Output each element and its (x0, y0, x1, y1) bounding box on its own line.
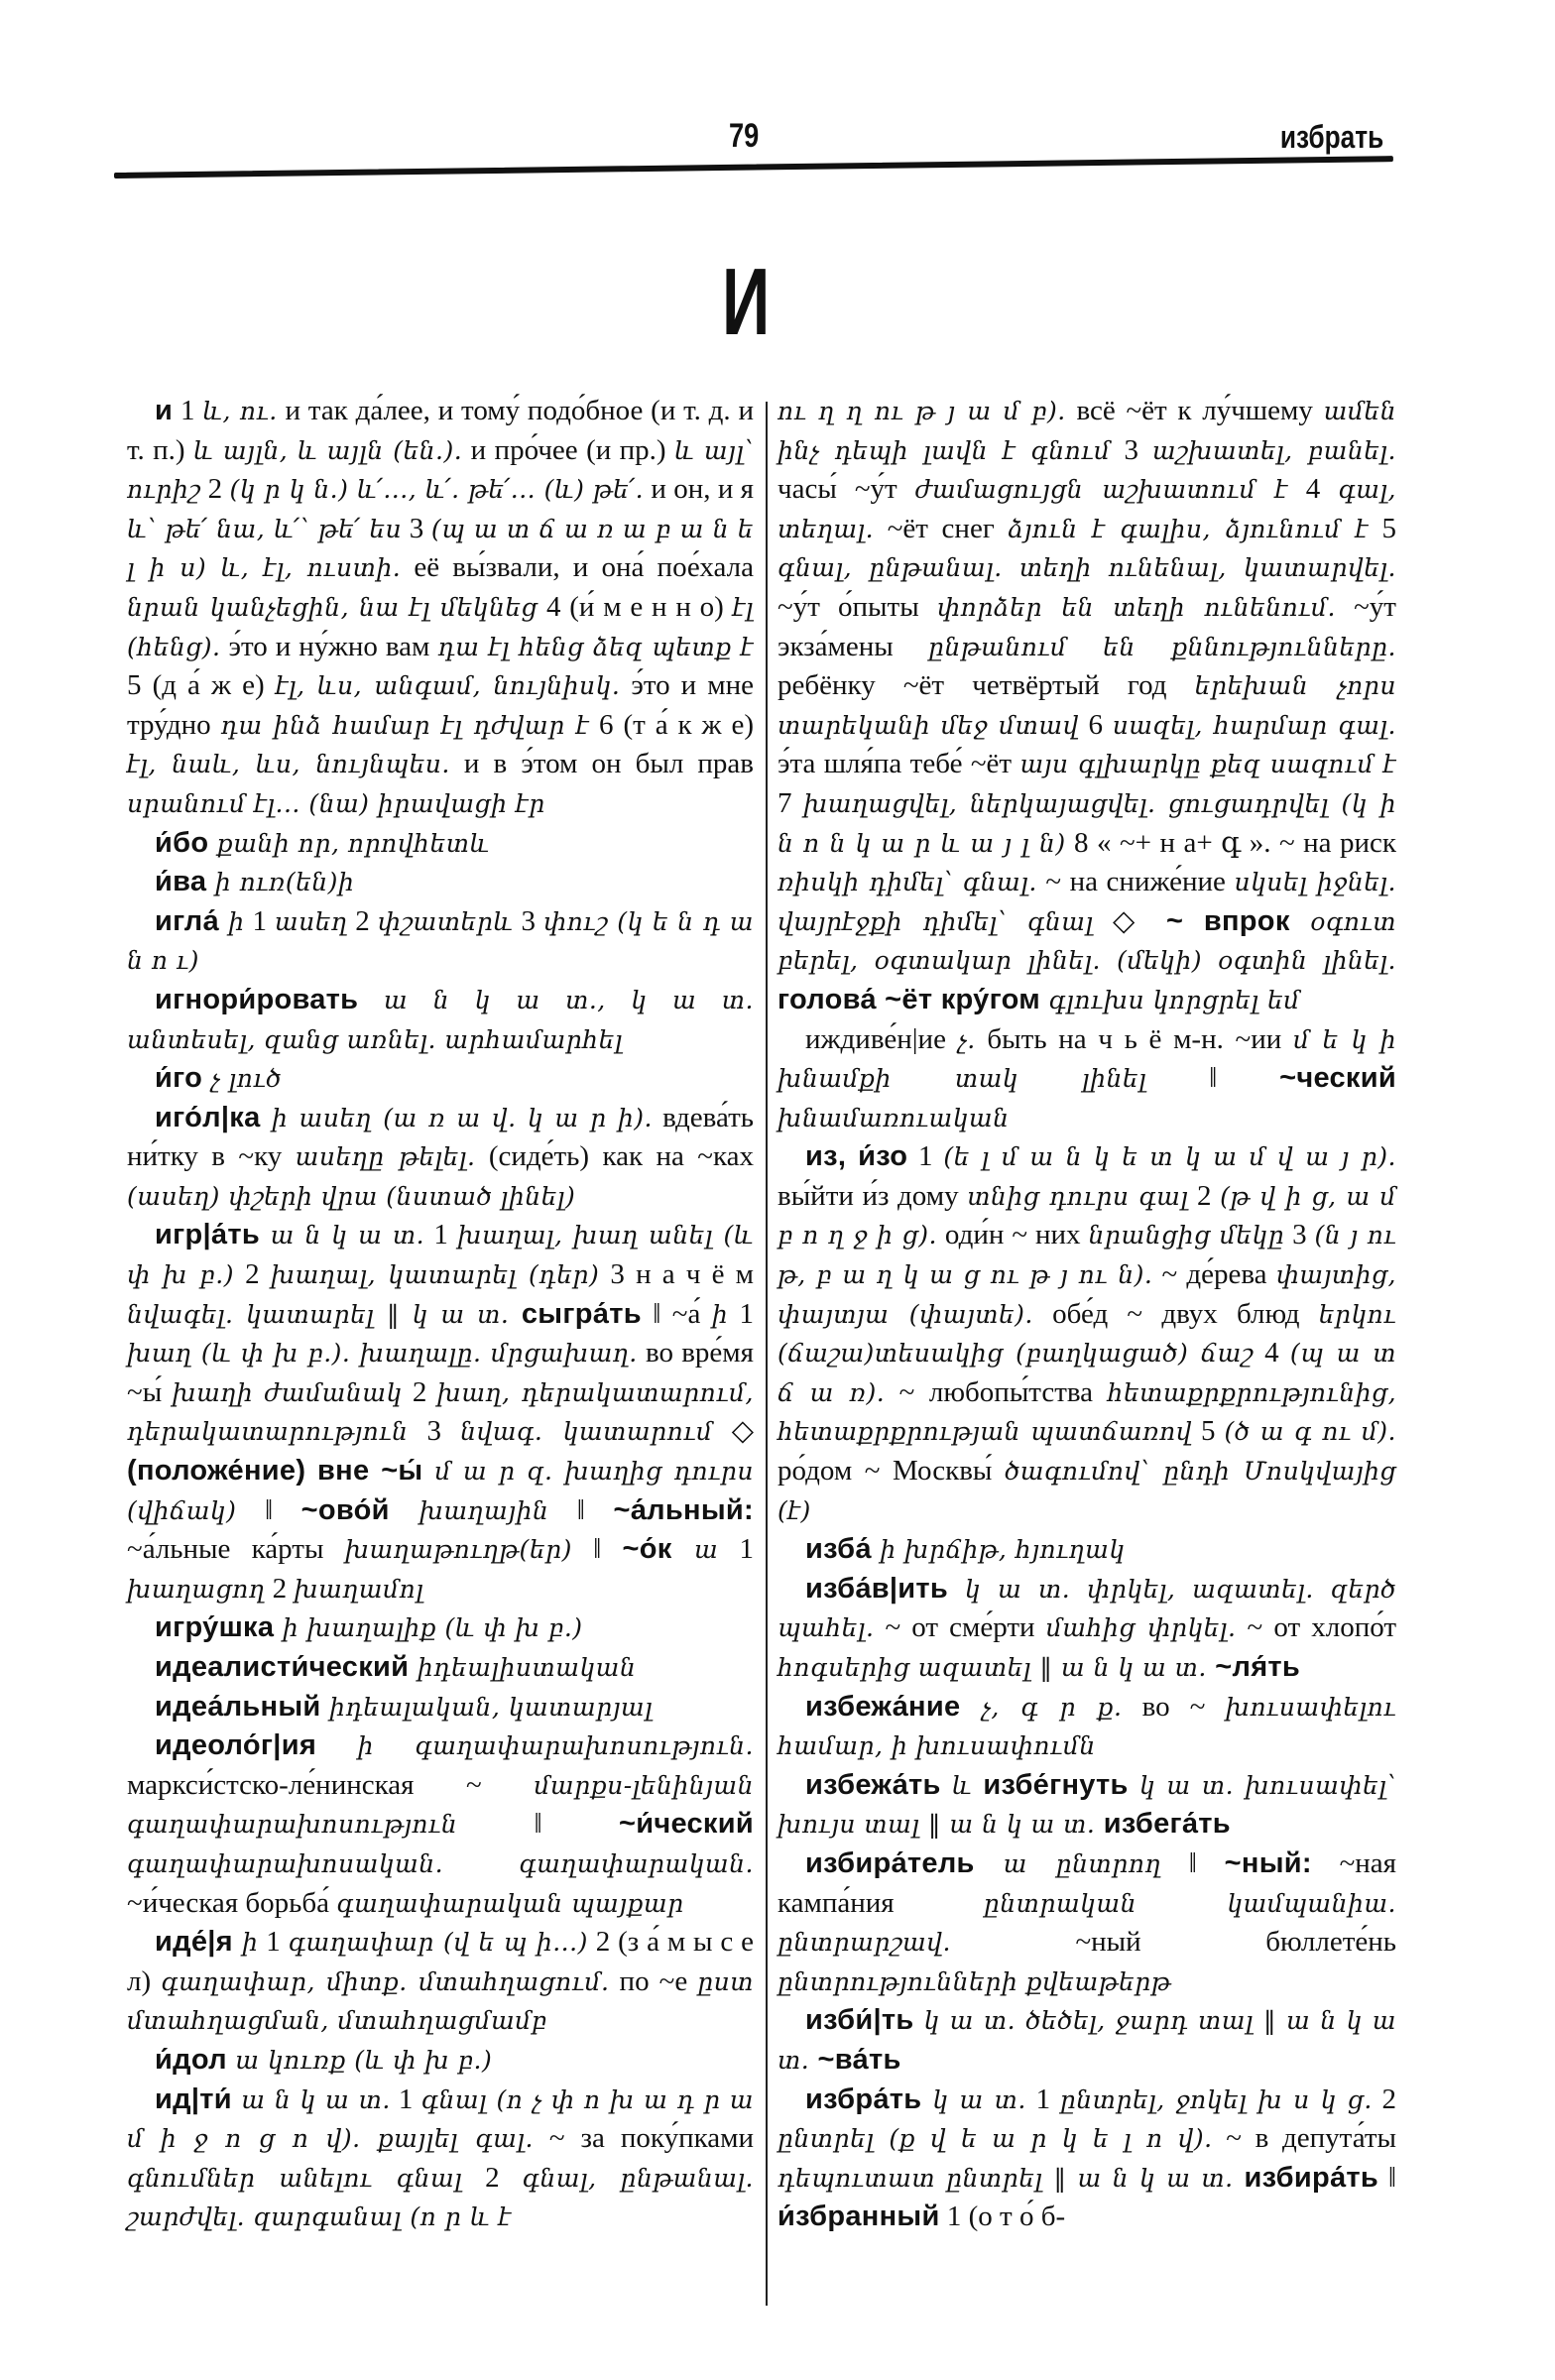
headword: ~и́ческий (619, 1808, 754, 1840)
russian-text: обе́д ~ двух блюд (1033, 1298, 1319, 1330)
russian-text: 3 (408, 1415, 460, 1447)
armenian-translation: ի խաղալիք (և փ խ բ.) (274, 1613, 582, 1642)
page-number: 79 (729, 117, 759, 156)
armenian-translation: ընտրությունների քվեաթերթ (777, 1967, 1171, 1996)
headword: ~ческий (1279, 1062, 1396, 1094)
dictionary-entry-i: и 1 և, ու. и так да́лее, и тому́ подо́бн… (127, 392, 754, 824)
armenian-translation: և, ու. (202, 397, 277, 425)
russian-text: вы́йти и́з дому (777, 1180, 967, 1212)
russian-text: её вы́звали, и она́ пое́хала (401, 551, 754, 583)
armenian-translation: ի գաղափարախոսություն. (316, 1731, 754, 1760)
russian-text: часы́ ~у́т (777, 473, 915, 505)
russian-text: ро́дом ~ Москвы́ (777, 1455, 1005, 1487)
page-header: 79 избрать (114, 99, 1393, 178)
armenian-translation: ի ուռ(են)ի (206, 868, 354, 896)
armenian-translation: և այլն, և այլն (են.). (193, 436, 462, 465)
headword: и́дол (155, 2044, 227, 2076)
headword: ~ва́ть (809, 2044, 900, 2076)
armenian-translation: նրան կանչեցին, նա էլ մեկնեց (127, 593, 538, 622)
headword: (положе́ние) вне ~ы́ (127, 1455, 423, 1487)
dictionary-entry-ideologiya: идеоло́г|ия ի գաղափարախոսություն. маркси… (127, 1726, 754, 1923)
russian-text: ‖ (1161, 1847, 1225, 1879)
armenian-translation: գաղափարական պայքար (336, 1889, 683, 1918)
headword: ~ово́й (301, 1494, 390, 1526)
headword: избе́гнуть (972, 1769, 1129, 1801)
headword: из, и́зо (805, 1140, 907, 1172)
armenian-translation: ի (233, 1928, 258, 1957)
armenian-translation: գնումներ անելու գնալ (127, 2164, 462, 2193)
headword: идеалисти́ческий (155, 1651, 409, 1683)
dictionary-entry-igla: игла́ ի 1 ասեղ 2 փշատերև 3 փուշ (կ ե ն դ… (127, 902, 754, 981)
dictionary-entry-idti-cont: ու ղ ղ ու թ յ ա մ բ). всё ~ёт к лу́чшему… (777, 392, 1396, 1020)
armenian-translation: նվագ. կատարում (460, 1417, 712, 1446)
armenian-translation: գաղափար (վ ե պ ի...) (289, 1928, 588, 1957)
armenian-translation: (ե լ մ ա ն կ ե տ կ ա մ վ ա յ ր). (943, 1142, 1396, 1171)
russian-text: ◇ (713, 1415, 754, 1447)
headword: избира́тель (805, 1847, 975, 1879)
russian-text: по ~е (609, 1965, 697, 1997)
dictionary-entry-izhdivenie: иждиве́н|ие չ. быть на ч ь ё м-н. ~ии մ … (777, 1020, 1396, 1138)
headword: избира́ть (1234, 2162, 1378, 2194)
russian-text: э́то и ну́жно вам (221, 631, 438, 662)
russian-text: 2 (347, 905, 377, 937)
dictionary-entry-idol: и́дол ա կուռք (և փ խ բ.) (127, 2041, 754, 2081)
armenian-translation: ա կուռք (և փ խ բ.) (227, 2046, 492, 2075)
armenian-translation: (ասեղ) փշերի վրա (նստած լինել) (127, 1182, 575, 1211)
armenian-translation: փշատերև (378, 907, 514, 936)
headword: игнори́ровать (155, 984, 358, 1015)
russian-text: 1 (718, 1533, 754, 1565)
russian-text: 3 (1284, 1219, 1314, 1250)
armenian-translation: ընթանում են քննությունները. (928, 633, 1396, 661)
armenian-translation: ա ն կ ա տ. (232, 2085, 391, 2114)
armenian-translation: ի (712, 1300, 728, 1329)
headword: и́го (155, 1062, 202, 1094)
armenian-translation: քանի որ, որովհետև (208, 829, 489, 858)
russian-text: 2 (462, 2162, 522, 2194)
armenian-translation: (ծ ա գ ու մ). (1225, 1417, 1397, 1446)
armenian-translation: ռիսկի դիմել՝ գնալ. (777, 868, 1037, 896)
russian-text: 1 (о т о́ б- (940, 2201, 1066, 2232)
russian-text: ‖ (572, 1533, 623, 1565)
armenian-translation: խաղի ժամանակ (172, 1378, 402, 1407)
armenian-translation: ձյուն է գալիս, ձյունում է (1008, 515, 1369, 543)
russian-text: ребёнку ~ёт четвёртый год (777, 669, 1195, 701)
russian-text: и он, и я (644, 473, 754, 505)
russian-text: во ~ (1122, 1691, 1225, 1723)
headword: игр|а́ть (155, 1219, 260, 1250)
dictionary-entry-izbezhanie: избежа́ние չ, գ ր ք. во ~ խուսափելու համ… (777, 1688, 1396, 1766)
russian-text: 4 (1288, 473, 1339, 505)
armenian-translation: ա ն կ ա տ. (260, 1221, 424, 1249)
headword: иде́|я (155, 1926, 233, 1958)
russian-text: 2 (234, 1258, 271, 1290)
armenian-translation: էլ, նաև, ևս, նույնպես. (127, 750, 450, 778)
armenian-translation: սրանում էլ... (նա) իրավացի էր (127, 789, 545, 818)
russian-text: всё ~ёт к лу́чшему (1066, 395, 1324, 426)
russian-text: иждиве́н|ие (805, 1023, 958, 1055)
russian-text: 5 (1192, 1415, 1224, 1447)
headword: ~ля́ть (1207, 1651, 1300, 1683)
russian-text: 6 (т а́ к ж е) (589, 709, 754, 741)
headword: игру́шка (155, 1611, 274, 1643)
dictionary-entry-izbit: изби́|ть կ ա տ. ծեծել, ջարդ տալ ‖ ա ն կ … (777, 2001, 1396, 2080)
armenian-translation: (կ ր կ ն.) և՛..., և՛. թե՛... (և) թե՛. (229, 475, 644, 504)
russian-text: и про́чее (и пр.) (462, 434, 674, 466)
headword: избега́ть (1095, 1808, 1231, 1840)
russian-text: 5 (д а́ ж е) (127, 669, 276, 701)
russian-text: 1 (907, 1140, 943, 1172)
russian-text: 2 (1188, 1180, 1220, 1212)
armenian-translation: հոգսերից ազատել ‖ ա ն կ ա տ. (777, 1653, 1207, 1682)
russian-text: ~и́ческая борьба́ (127, 1887, 336, 1919)
armenian-translation: այս գլխարկը քեզ սազում է (1019, 750, 1396, 778)
russian-text: ~ от сме́рти (874, 1611, 1045, 1643)
headword: ид|ти́ (155, 2083, 232, 2115)
dictionary-entry-iva: и́ва ի ուռ(են)ի (127, 863, 754, 902)
headword: избежа́ние (805, 1691, 960, 1723)
armenian-translation: ընտրել, ջոկել խ ս կ ց. (1060, 2085, 1373, 2114)
armenian-translation: խաղային (390, 1496, 548, 1525)
armenian-translation: ընտրել (ք վ ե ա ր կ ե լ ո վ). (777, 2124, 1213, 2153)
headword: голова́ ~ёт кру́гом (777, 984, 1040, 1015)
russian-text: 4 (1254, 1337, 1290, 1368)
russian-text: 1 (391, 2083, 421, 2115)
dictionary-entry-izbiratel: избира́тель ա ընտրող ‖ ~ный: ~ная кампа́… (777, 1844, 1396, 2001)
dictionary-entry-idealnyy: идеа́льный իդեալական, կատարյալ (127, 1688, 754, 1727)
dictionary-entry-igolka: иго́л|ка ի ասեղ (ա ռ ա վ. կ ա ր ի). вдев… (127, 1099, 754, 1217)
armenian-translation: խնամառուական (777, 1104, 1010, 1132)
armenian-translation: ի (219, 907, 245, 936)
armenian-translation: էլ, ևս, անգամ, նույնիսկ. (276, 671, 621, 700)
armenian-translation: գաղափար, միտք. մտահղացում. (161, 1967, 609, 1996)
armenian-translation: ժամացույցն աշխատում է (915, 475, 1288, 504)
armenian-translation: մահից փրկել. (1046, 1613, 1237, 1642)
dictionary-entry-igrushka: игру́шка ի խաղալիք (և փ խ բ.) (127, 1608, 754, 1648)
russian-text: ‖ (457, 1808, 619, 1840)
russian-text: маркси́стско-ле́нинская ~ (127, 1769, 534, 1801)
russian-text: 2 (1373, 2083, 1396, 2115)
armenian-translation: գնալ, ընթանալ. տեղի ունենալ, կատարվել. (777, 553, 1396, 582)
russian-text: 2 (403, 1376, 437, 1408)
header-rule (114, 156, 1393, 178)
armenian-translation: և՝ թե՛ նա, և՛՝ թե՛ ես (127, 515, 402, 543)
headword: игла́ (155, 905, 219, 937)
armenian-translation: իդեալական, կատարյալ (321, 1693, 654, 1722)
dictionary-entry-izbezhat: избежа́ть և избе́гнуть կ ա տ. խուսափել՝ … (777, 1766, 1396, 1844)
russian-text: 1 (173, 395, 202, 426)
russian-text: ~ за поку́пками (534, 2122, 754, 2154)
armenian-translation: դեպուտատ ընտրել ‖ ա ն կ ա տ. (777, 2164, 1234, 2193)
russian-text: ‖ (1378, 2162, 1396, 2194)
russian-text: 1 (424, 1219, 457, 1250)
armenian-translation: ի խրճիթ, հյուղակ (872, 1535, 1126, 1564)
left-column: и 1 և, ու. и так да́лее, и тому́ подо́бн… (127, 392, 754, 2237)
headword: идеоло́г|ия (155, 1729, 316, 1761)
armenian-translation: չ. (958, 1025, 976, 1054)
headword: сыгра́ть (509, 1298, 641, 1330)
russian-text: 1 (728, 1298, 754, 1330)
headword: ~ный: (1225, 1847, 1312, 1879)
armenian-translation: չ լուծ (202, 1064, 282, 1093)
armenian-translation: խաղ (և փ խ բ.). խաղալը. մրցախաղ. (127, 1339, 638, 1368)
russian-text: ‖ (1146, 1062, 1279, 1094)
armenian-translation: դա ինձ համար էլ դժվար է (221, 711, 590, 740)
russian-text: и в э́том он был прав (450, 748, 754, 779)
dictionary-entry-igrat: игр|а́ть ա ն կ ա տ. 1 խաղալ, խաղ անել (և… (127, 1216, 754, 1608)
dictionary-entry-izba: изба́ ի խրճիթ, հյուղակ (777, 1530, 1396, 1570)
headword: изба́в|ить (805, 1573, 948, 1605)
dictionary-entry-izbrat: избра́ть կ ա տ. 1 ընտրել, ջոկել խ ս կ ց.… (777, 2081, 1396, 2237)
russian-text: ~ёт снег (874, 513, 1008, 544)
armenian-translation: չ, գ ր ք. (960, 1693, 1122, 1722)
armenian-translation: իդեալիստական (409, 1653, 636, 1682)
headword: и́ва (155, 866, 206, 897)
dictionary-entry-ideya: иде́|я ի 1 գաղափար (վ ե պ ի...) 2 (з а́ … (127, 1923, 754, 2041)
russian-text: 4 (и́ м е н н о) (538, 591, 732, 623)
russian-text: 3 (514, 905, 543, 937)
russian-text: ‖ (548, 1494, 613, 1526)
russian-text: 1 (244, 905, 274, 937)
armenian-translation: դա էլ հենց ձեզ պետք է (437, 633, 754, 661)
headword: идеа́льный (155, 1691, 321, 1723)
column-divider (766, 402, 768, 2306)
russian-text: 3 (1111, 434, 1152, 466)
russian-text: (сиде́ть) как на ~ках (475, 1140, 754, 1172)
dictionary-entry-izbavit: изба́в|ить կ ա տ. փրկել, ազատել. զերծ պա… (777, 1570, 1396, 1688)
armenian-translation: ու ղ ղ ու թ յ ա մ բ). (777, 397, 1066, 425)
armenian-translation: ասեղը թելել. (296, 1142, 476, 1171)
russian-text: оди́н ~ них (937, 1219, 1089, 1250)
headword: и́збранный (777, 2201, 940, 2232)
dictionary-entry-idealisticheskiy: идеалисти́ческий իդեալիստական (127, 1648, 754, 1688)
armenian-translation: կ ա տ. (921, 2085, 1025, 2114)
headword: и (155, 395, 173, 426)
armenian-translation: գլուխս կորցրել եմ (1040, 986, 1300, 1014)
headword: избежа́ть (805, 1769, 941, 1801)
headword: ~о́к (623, 1533, 672, 1565)
russian-text: ~у́т о́пыты (777, 591, 937, 623)
dictionary-entry-ibo: и́бо քանի որ, որովհետև (127, 824, 754, 864)
russian-text: 5 (1369, 513, 1396, 544)
armenian-translation: ա ընտրող (975, 1849, 1161, 1878)
dictionary-entry-iz: из, и́зо 1 (ե լ մ ա ն կ ե տ կ ա մ վ ա յ … (777, 1137, 1396, 1530)
armenian-translation: և (941, 1771, 972, 1800)
russian-text: 1 (258, 1926, 288, 1958)
armenian-translation: փորձեր են տեղի ունենում. (937, 593, 1336, 622)
russian-text: ‖ ~а́ (642, 1298, 712, 1330)
headword: иго́л|ка (155, 1102, 261, 1133)
armenian-translation: խաղացող (127, 1575, 265, 1604)
armenian-translation: ասեղ (275, 907, 347, 936)
russian-text: ~ любопы́тства (885, 1376, 1107, 1408)
armenian-translation: տնից դուրս գալ (967, 1182, 1188, 1211)
russian-text: 1 (1026, 2083, 1060, 2115)
running-head: избрать (1280, 119, 1383, 156)
armenian-translation: նվագել. կատարել ‖ կ ա տ. (127, 1300, 509, 1329)
russian-text: 3 н а ч ё м (599, 1258, 754, 1290)
armenian-translation: ա (672, 1535, 719, 1564)
russian-text: ◇ (1094, 905, 1166, 937)
russian-text: 8 « ~+ н а+ գ ». ~ на риск (1066, 827, 1396, 859)
russian-text: 2 (200, 473, 229, 505)
russian-text: быть на ч ь ё м-н. ~ии (976, 1023, 1293, 1055)
armenian-translation: խաղալ, կատարել (դեր) (271, 1260, 599, 1289)
russian-text: ‖ (236, 1494, 300, 1526)
armenian-translation: սազել, հարմար գալ. (1113, 711, 1396, 740)
armenian-translation: ի ասեղ (ա ռ ա վ. կ ա ր ի). (261, 1104, 653, 1132)
headword: ~а́льный: (614, 1494, 754, 1526)
russian-text: ~ на сниже́ние (1037, 866, 1235, 897)
russian-text: ~ в депута́ты (1213, 2122, 1396, 2154)
dictionary-entry-idti: ид|ти́ ա ն կ ա տ. 1 գնալ (ո չ փ ո խ ա դ … (127, 2081, 754, 2237)
russian-text: ~ от хлопо́т (1236, 1611, 1396, 1643)
dictionary-entry-igo: и́го չ լուծ (127, 1059, 754, 1099)
armenian-translation: խաղաթուղթ(եր) (345, 1535, 572, 1564)
headword: изба́ (805, 1533, 872, 1565)
russian-text: э́та шля́па тебе́ ~ёт (777, 748, 1019, 779)
section-letter: И (722, 248, 769, 357)
armenian-translation: նրանցից մեկը (1088, 1221, 1284, 1249)
russian-text: ~а́льные ка́рты (127, 1533, 345, 1565)
dictionary-entry-ignorirovat: игнори́ровать ա ն կ ա տ., կ ա տ. անտեսել… (127, 981, 754, 1059)
russian-text: ~ де́рева (1152, 1258, 1275, 1290)
russian-text: 7 (777, 787, 803, 819)
right-column: ու ղ ղ ու թ յ ա մ բ). всё ~ёт к лу́чшему… (777, 392, 1396, 2237)
russian-text: ~ный бюллете́нь (951, 1926, 1396, 1958)
headword: изби́|ть (805, 2004, 914, 2036)
russian-text: 3 (402, 513, 431, 544)
russian-text: 2 (265, 1573, 294, 1605)
headword: ~ впрок (1166, 905, 1290, 937)
headword: избра́ть (805, 2083, 921, 2115)
armenian-translation: խաղամոլ (294, 1575, 423, 1604)
armenian-translation: աշխատել, բանել. (1152, 436, 1396, 465)
armenian-translation: գաղափարախոսական. գաղափարական. (127, 1849, 754, 1878)
russian-text: 6 (1079, 709, 1113, 741)
headword: и́бо (155, 827, 208, 859)
